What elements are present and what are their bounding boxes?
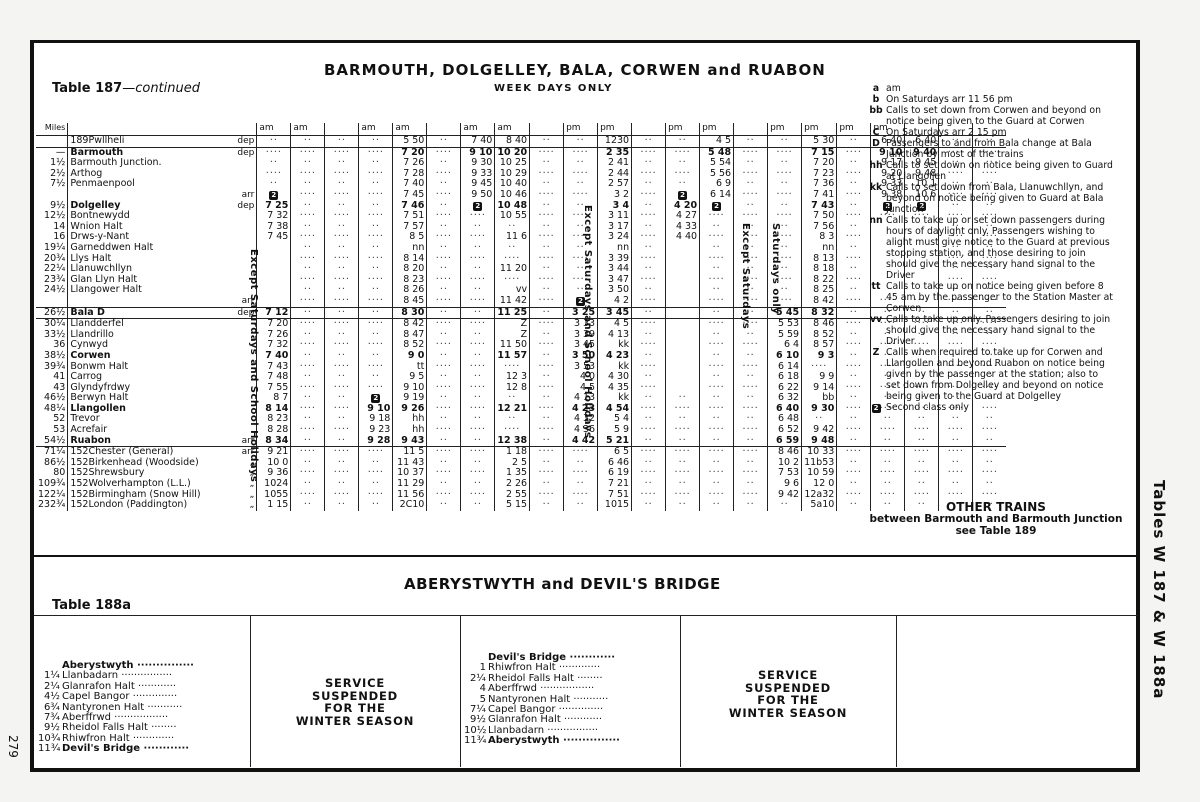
station-name [68, 190, 223, 201]
station-name: 189Pwllheli [68, 136, 223, 148]
station-name: Corwen [68, 351, 223, 362]
table-row: 38½Corwen7 40······9 0····11 57··3 504 2… [36, 351, 1006, 362]
time-cell: 7 12 [257, 307, 291, 319]
time-cell: 1024 [257, 479, 291, 490]
time-cell: ·· [427, 500, 461, 511]
time-cell: ···· [325, 296, 359, 307]
time-cell [666, 340, 700, 351]
time-cell: 5a10 [802, 500, 837, 511]
time-cell: 12 0 [802, 479, 837, 490]
time-cell: ···· [530, 190, 564, 201]
up-station-list: Devil's Bridge ············1Rhiwfron Hal… [464, 653, 678, 747]
time-cell [666, 296, 700, 307]
time-cell: 9 28 [359, 436, 393, 447]
time-cell [666, 307, 700, 319]
miles-cell: 7½ [36, 179, 68, 190]
time-cell: 7 45 [393, 190, 427, 201]
time-cell: ·· [291, 136, 325, 148]
time-cell: ···· [734, 190, 768, 201]
time-cell: ···· [291, 190, 325, 201]
time-cell: 7 41 [802, 190, 837, 201]
table-row: 12½Bontnewydd7 32············7 51·······… [36, 211, 1006, 222]
time-cell: ·· [871, 436, 905, 447]
note-except-saturdays-school-2: Except Saturdays and School Holidays [582, 205, 593, 438]
time-cell: ···· [359, 383, 393, 394]
footnote-key: D [866, 138, 886, 160]
continued-label: —continued [122, 81, 200, 96]
footnote: ZCalls when required to take up for Corw… [866, 347, 1114, 402]
footnote: kkCalls to set down from Bala, Llanuwchl… [866, 182, 1114, 215]
time-cell: ·· [734, 479, 768, 490]
time-cell: ·· [325, 136, 359, 148]
time-cell: 3 2 [598, 190, 632, 201]
station-name: Garneddwen Halt [68, 243, 223, 254]
time-cell: 8 40 [495, 136, 530, 148]
miles-cell [36, 136, 68, 148]
period-header: pm [564, 123, 598, 136]
station-name: Aberystwyth ··············· [488, 736, 620, 746]
time-cell: ·· [666, 500, 700, 511]
footnote-text: Calls to set down from Bala, Llanuwchlly… [886, 182, 1114, 215]
footnote-key: vv [866, 314, 886, 347]
table-row: 16Drws-y-Nant7 45············8 5········… [36, 232, 1006, 243]
suspended-line: WINTER SEASON [250, 715, 460, 728]
time-cell [666, 264, 700, 275]
time-cell: ·· [734, 351, 768, 362]
period-header [632, 123, 666, 136]
time-cell: ·· [325, 243, 359, 254]
arr-dep-cell [222, 222, 257, 233]
footnote-text: Calls to take up on notice being given b… [886, 281, 1114, 314]
time-cell: 8 34 [257, 436, 291, 447]
time-cell: ·· [871, 479, 905, 490]
footnote-key: hh [866, 160, 886, 182]
footnote: aam [866, 83, 1114, 94]
footnote-text: Passengers to and from Bala change at Ba… [886, 138, 1114, 160]
suspended-line: SERVICE [680, 669, 896, 682]
time-cell: ·· [291, 436, 325, 447]
other-trains-ref: see Table 189 [866, 525, 1126, 537]
note-except-saturdays: Except Saturdays [740, 223, 751, 329]
table-row: 232¾152London (Paddington)„1 15······2C1… [36, 500, 1006, 511]
service-suspended-up: SERVICESUSPENDEDFOR THEWINTER SEASON [680, 669, 896, 719]
footnote: COn Saturdays arr 2 15 pm [866, 127, 1114, 138]
time-cell: 10 46 [495, 190, 530, 201]
table-187-title: BARMOUTH, DOLGELLEY, BALA, CORWEN and RU… [324, 61, 826, 79]
time-cell: ···· [291, 296, 325, 307]
time-cell: 11 29 [393, 479, 427, 490]
time-cell: ·· [768, 500, 802, 511]
time-cell: ·· [291, 243, 325, 254]
time-cell: ·· [461, 500, 495, 511]
time-cell: ···· [461, 296, 495, 307]
time-cell: ·· [632, 243, 666, 254]
time-cell: 5 21 [598, 436, 632, 447]
footnote-text: Calls to take up only. Passengers desiri… [886, 314, 1114, 347]
time-cell: ···· [530, 296, 564, 307]
time-cell: ·· [291, 351, 325, 362]
time-cell [257, 243, 291, 254]
time-cell: ·· [734, 436, 768, 447]
time-cell: ·· [632, 136, 666, 148]
footnote-text: On Saturdays arr 11 56 pm [886, 94, 1013, 105]
time-cell: 4 5 [700, 136, 734, 148]
time-cell: ···· [768, 190, 802, 201]
time-cell: 9 48 [802, 436, 837, 447]
time-cell: ·· [359, 351, 393, 362]
time-cell [257, 275, 291, 286]
time-cell: 8 45 [393, 296, 427, 307]
time-cell: ·· [973, 479, 1007, 490]
note-saturdays-only: Saturdays only [770, 223, 781, 314]
table-188a-title: ABERYSTWYTH and DEVIL'S BRIDGE [404, 575, 721, 593]
time-cell [666, 254, 700, 265]
time-cell: 9 6 [768, 479, 802, 490]
time-cell: ·· [325, 500, 359, 511]
period-header: am [257, 123, 291, 136]
footnote: ttCalls to take up on notice being given… [866, 281, 1114, 314]
time-cell: ·· [325, 436, 359, 447]
time-cell: ·· [700, 436, 734, 447]
note-except-saturdays-school-1: Except Saturdays and School Holidays [248, 249, 259, 482]
time-cell: ·· [427, 136, 461, 148]
time-cell: ·· [666, 136, 700, 148]
footnote: nnCalls to take up or set down passenger… [866, 215, 1114, 281]
table-row: 26½Bala Ddep7 12······8 30····11 25··3 2… [36, 307, 1006, 319]
footnote-text: On Saturdays arr 2 15 pm [886, 127, 1007, 138]
time-cell: ·· [530, 307, 564, 319]
arr-dep-cell: dep [222, 201, 257, 212]
footnote-key: Z [866, 347, 886, 402]
time-cell: 5 50 [393, 136, 427, 148]
period-header [427, 123, 461, 136]
time-cell: ·· [564, 479, 598, 490]
station-name: 152Wolverhampton (L.L.) [68, 479, 223, 490]
table-row: 189Pwllhelidep········5 50··7 408 40····… [36, 136, 1006, 148]
footnote-key: bb [866, 105, 886, 127]
period-header: pm [768, 123, 802, 136]
time-cell: nn [393, 243, 427, 254]
station-name [68, 296, 223, 307]
time-cell: 7 40 [461, 136, 495, 148]
time-cell: ·· [461, 436, 495, 447]
time-cell [666, 351, 700, 362]
footnote-key: tt [866, 281, 886, 314]
footnote: vvCalls to take up only. Passengers desi… [866, 314, 1114, 347]
time-cell: ·· [359, 479, 393, 490]
arr-dep-cell: „ [222, 500, 257, 511]
table-row: 109¾152Wolverhampton (L.L.)„1024······11… [36, 479, 1006, 490]
time-cell: 2 26 [495, 479, 530, 490]
footnote-key: b [866, 94, 886, 105]
period-header: pm [666, 123, 700, 136]
timetable-page: Table 187—continued BARMOUTH, DOLGELLEY,… [30, 40, 1140, 772]
time-cell: 6 10 [768, 351, 802, 362]
time-cell: 8 32 [802, 307, 837, 319]
time-cell: ···· [359, 296, 393, 307]
period-header [734, 123, 768, 136]
time-cell [257, 285, 291, 296]
page-number: 279 [6, 735, 20, 758]
time-cell: ·· [530, 436, 564, 447]
miles-cell: 19¼ [36, 243, 68, 254]
footnote: bbCalls to set down from Corwen and beyo… [866, 105, 1114, 127]
time-cell: ·· [461, 351, 495, 362]
station-row: 11¾Aberystwyth ··············· [464, 736, 678, 746]
footnote-key: C [866, 127, 886, 138]
footnote-key: 2 [866, 402, 886, 413]
time-cell: ·· [291, 479, 325, 490]
station-name: Bala D [68, 307, 223, 319]
time-cell: 1015 [598, 500, 632, 511]
time-cell: 4 2 [598, 296, 632, 307]
time-cell: ···· [700, 296, 734, 307]
time-cell: ···· [632, 296, 666, 307]
time-cell: ·· [325, 479, 359, 490]
time-cell [666, 372, 700, 383]
footnote-key: kk [866, 182, 886, 215]
time-cell [666, 319, 700, 330]
table-187-label: Table 187—continued [52, 81, 200, 96]
time-cell: ·· [427, 479, 461, 490]
time-cell: ·· [837, 436, 871, 447]
time-cell [666, 275, 700, 286]
time-cell: ·· [427, 436, 461, 447]
time-cell: ·· [359, 136, 393, 148]
time-cell: 4 40 [666, 232, 700, 243]
time-cell: ···· [632, 190, 666, 201]
time-cell: nn [802, 243, 837, 254]
arr-dep-cell [222, 211, 257, 222]
time-cell: ·· [768, 136, 802, 148]
miles-cell: 54½ [36, 436, 68, 447]
time-cell: ·· [495, 243, 530, 254]
table-row: 54½Ruabonarr8 34····9 289 43····12 38··4… [36, 436, 1006, 447]
time-cell: 5 30 [802, 136, 837, 148]
time-cell: ·· [632, 307, 666, 319]
time-cell: ·· [530, 243, 564, 254]
time-cell: ·· [461, 243, 495, 254]
time-cell: 11 42 [495, 296, 530, 307]
miles-cell: 11¾ [464, 736, 488, 746]
time-cell: ·· [666, 436, 700, 447]
time-cell: ·· [359, 500, 393, 511]
time-cell: ·· [325, 351, 359, 362]
arr-dep-cell [222, 169, 257, 180]
footnote: DPassengers to and from Bala change at B… [866, 138, 1114, 160]
footnote-key: a [866, 83, 886, 94]
time-cell: 7 40 [257, 351, 291, 362]
miles-cell [36, 190, 68, 201]
time-cell: ·· [461, 307, 495, 319]
time-cell: 11 57 [495, 351, 530, 362]
time-cell: ·· [530, 479, 564, 490]
arr-dep-cell: arr [222, 190, 257, 201]
time-cell: ·· [564, 500, 598, 511]
time-cell: 11 25 [495, 307, 530, 319]
time-cell: ·· [666, 479, 700, 490]
time-cell: ·· [427, 351, 461, 362]
second-class-icon: 2 [371, 394, 380, 403]
period-header: am [495, 123, 530, 136]
time-cell: ·· [291, 500, 325, 511]
time-cell: ···· [427, 190, 461, 201]
period-header: am [359, 123, 393, 136]
time-cell: ·· [666, 179, 700, 190]
station-name: Llangower Halt [68, 285, 223, 296]
table-row: 48¼Llangollen8 14········9 109 26·······… [36, 404, 1006, 415]
column-header-row: Milesamamamamamampmpmpmpmpmpmpmpm [36, 123, 1006, 136]
time-cell: ·· [632, 351, 666, 362]
other-trains-note: OTHER TRAINS between Barmouth and Barmou… [866, 501, 1126, 537]
arr-dep-cell: dep [222, 147, 257, 158]
time-cell [666, 243, 700, 254]
other-trains-line: between Barmouth and Barmouth Junction [866, 513, 1126, 525]
time-cell: ···· [325, 190, 359, 201]
time-cell: ···· [564, 190, 598, 201]
time-cell: ···· [359, 190, 393, 201]
miles-cell: 24½ [36, 285, 68, 296]
time-cell: ·· [359, 307, 393, 319]
period-header [530, 123, 564, 136]
time-cell: ·· [973, 436, 1007, 447]
miles-cell: 109¾ [36, 479, 68, 490]
footnotes: aambOn Saturdays arr 11 56 pmbbCalls to … [866, 83, 1114, 413]
suspended-line: SERVICE [250, 677, 460, 690]
time-cell: ·· [905, 436, 939, 447]
arr-dep-cell [222, 179, 257, 190]
time-cell: 3 45 [598, 307, 632, 319]
time-cell: 2C10 [393, 500, 427, 511]
period-header: am [291, 123, 325, 136]
footnote: hhCalls to set down on notice being give… [866, 160, 1114, 182]
time-cell: 6 14 [700, 190, 734, 201]
period-header: pm [700, 123, 734, 136]
time-cell: ·· [530, 351, 564, 362]
footnote: bOn Saturdays arr 11 56 pm [866, 94, 1114, 105]
time-cell: ·· [427, 243, 461, 254]
time-cell: ·· [734, 500, 768, 511]
time-cell: 2 [257, 190, 291, 201]
time-cell [666, 361, 700, 372]
time-cell: ·· [632, 436, 666, 447]
footnote-text: Calls to set down on notice being given … [886, 160, 1114, 182]
footnote-text: Second class only [886, 402, 969, 413]
period-header: pm [802, 123, 837, 136]
miles-cell: 26½ [36, 307, 68, 319]
arr-dep-cell: „ [222, 490, 257, 501]
footnote: 2Second class only [866, 402, 1114, 413]
time-cell: ·· [734, 136, 768, 148]
period-header: pm [598, 123, 632, 136]
time-cell: 7 21 [598, 479, 632, 490]
footnote-key: nn [866, 215, 886, 281]
time-cell: 5 15 [495, 500, 530, 511]
time-cell: nn [598, 243, 632, 254]
station-name: Ruabon [68, 436, 223, 447]
station-name: Devil's Bridge ············ [62, 744, 189, 754]
time-cell: 4 23 [598, 351, 632, 362]
blank-box [896, 615, 1137, 767]
time-cell: 1 15 [257, 500, 291, 511]
time-cell: ·· [530, 136, 564, 148]
table-187-subtitle: WEEK DAYS ONLY [494, 83, 613, 94]
miles-cell: 232¾ [36, 500, 68, 511]
time-cell: 9 50 [461, 190, 495, 201]
time-cell: ·· [632, 500, 666, 511]
arr-dep-cell: dep [222, 136, 257, 148]
period-header [325, 123, 359, 136]
station-name: Penmaenpool [68, 179, 223, 190]
time-cell: ·· [257, 179, 291, 190]
time-cell: ·· [939, 436, 973, 447]
time-cell: 9 0 [393, 351, 427, 362]
time-cell: ·· [905, 479, 939, 490]
time-cell: 9 3 [802, 351, 837, 362]
time-cell: ·· [837, 479, 871, 490]
miles-cell: 11¾ [38, 744, 62, 754]
time-cell: 8 30 [393, 307, 427, 319]
table-row: 19¼Garneddwen Halt······nn··········nn··… [36, 243, 1006, 254]
time-cell: ·· [700, 479, 734, 490]
table-188a-label: Table 188a [52, 598, 131, 613]
second-class-icon: 2 [269, 191, 278, 200]
time-cell: ·· [700, 351, 734, 362]
time-cell: ·· [530, 500, 564, 511]
time-cell: ·· [564, 136, 598, 148]
miles-cell [36, 296, 68, 307]
time-cell: 6 59 [768, 436, 802, 447]
time-cell: ·· [700, 500, 734, 511]
period-header: am [393, 123, 427, 136]
time-cell: ·· [359, 243, 393, 254]
arr-dep-header [222, 123, 257, 136]
arr-dep-cell [222, 232, 257, 243]
suspended-line: FOR THE [680, 694, 896, 707]
second-class-icon: 2 [872, 404, 881, 413]
footnote-text: Calls to set down from Corwen and beyond… [886, 105, 1114, 127]
suspended-line: WINTER SEASON [680, 707, 896, 720]
time-cell: ·· [325, 307, 359, 319]
time-cell: 8 42 [802, 296, 837, 307]
period-header: am [461, 123, 495, 136]
time-cell [257, 296, 291, 307]
time-cell [257, 254, 291, 265]
suspended-line: FOR THE [250, 702, 460, 715]
station-header [68, 123, 223, 136]
footnote-text: Calls to take up or set down passengers … [886, 215, 1114, 281]
time-cell: ·· [461, 479, 495, 490]
time-cell: 9 43 [393, 436, 427, 447]
table-number: Table 187 [52, 81, 122, 96]
miles-header: Miles [36, 123, 68, 136]
table-row: arr············8 45········11 42····24 2… [36, 296, 1006, 307]
time-cell [666, 285, 700, 296]
footnote-text: Calls when required to take up for Corwe… [886, 347, 1114, 402]
time-cell: ·· [700, 243, 734, 254]
station-name: 152London (Paddington) [68, 500, 223, 511]
table-row: 43Glyndyfrdwy7 55············9 10·······… [36, 383, 1006, 394]
footnote-text: am [886, 83, 901, 94]
time-cell: ·· [257, 136, 291, 148]
time-cell: 2 [666, 190, 700, 201]
time-cell [257, 264, 291, 275]
time-cell: ···· [427, 296, 461, 307]
service-suspended-down: SERVICESUSPENDEDFOR THEWINTER SEASON [250, 677, 460, 727]
second-class-icon: 2 [678, 191, 687, 200]
table-row: arr2············7 45····9 5010 46·······… [36, 190, 1006, 201]
time-cell: ·· [700, 307, 734, 319]
